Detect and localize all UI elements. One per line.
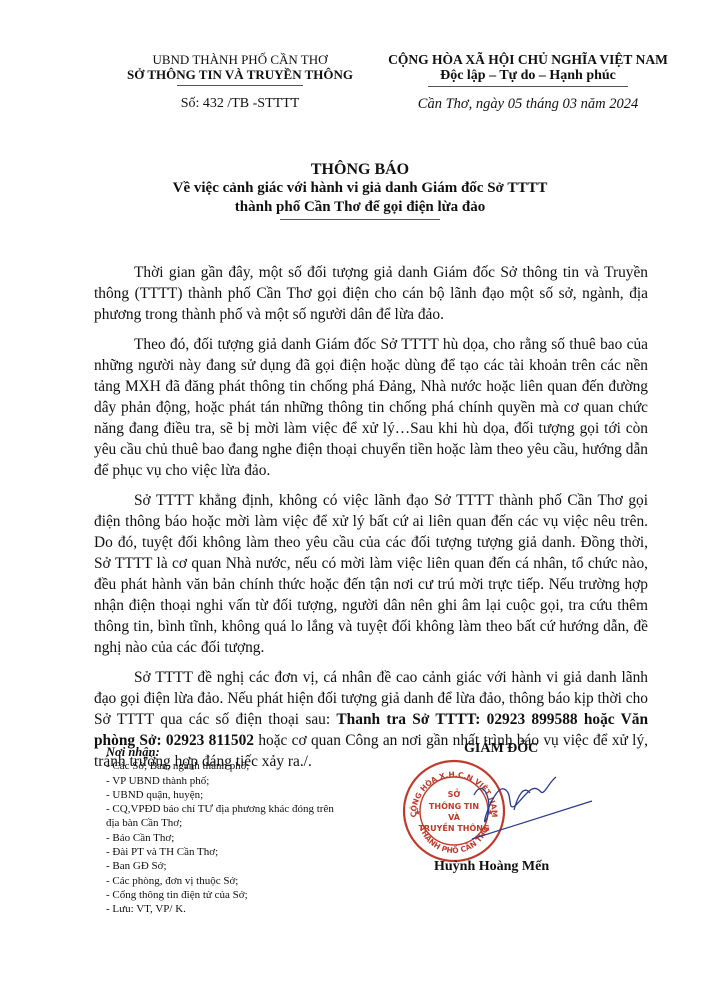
authority-name: UBND THÀNH PHỐ CẦN THƠ bbox=[104, 52, 376, 67]
recipient-item: - VP UBND thành phố; bbox=[106, 774, 346, 788]
recipient-item: - UBND quận, huyện; bbox=[106, 788, 346, 802]
title-subject-line-2: thành phố Cần Thơ để gọi điện lừa đảo bbox=[100, 198, 620, 217]
recipient-item: - Báo Cần Thơ; bbox=[106, 831, 346, 845]
nation-title: CỘNG HÒA XÃ HỘI CHỦ NGHĨA VIỆT NAM bbox=[378, 52, 678, 68]
national-header: CỘNG HÒA XÃ HỘI CHỦ NGHĨA VIỆT NAM Độc l… bbox=[378, 52, 678, 112]
title-subject-line-1: Về việc cảnh giác với hành vi giả danh G… bbox=[100, 179, 620, 198]
recipient-item: - CQ,VPĐD báo chí TƯ địa phương khác đón… bbox=[106, 802, 346, 831]
agency-name: SỞ THÔNG TIN VÀ TRUYỀN THÔNG bbox=[104, 67, 376, 82]
recipient-item: - Cổng thông tin điện tử của Sở; bbox=[106, 888, 346, 902]
document-body: Thời gian gần đây, một số đối tượng giả … bbox=[94, 262, 648, 781]
signature-block: GIÁM ĐỐC CỘNG HÒA X.H.C.N VIỆT NAM THÀNH… bbox=[404, 741, 604, 891]
agency-underline bbox=[177, 85, 303, 86]
document-title: THÔNG BÁO Về việc cảnh giác với hành vi … bbox=[100, 160, 620, 220]
recipient-item: - Ban GĐ Sở; bbox=[106, 859, 346, 873]
recipient-item: - Lưu: VT, VP/ K. bbox=[106, 902, 346, 916]
paragraph-3: Sở TTTT khẳng định, không có việc lãnh đ… bbox=[94, 490, 648, 658]
title-underline bbox=[280, 219, 440, 220]
paragraph-2: Theo đó, đối tượng giả danh Giám đốc Sở … bbox=[94, 334, 648, 481]
recipient-item: - Đài PT và TH Cần Thơ; bbox=[106, 845, 346, 859]
document-date: Cần Thơ, ngày 05 tháng 03 năm 2024 bbox=[378, 96, 678, 112]
handwritten-signature-icon bbox=[444, 765, 594, 845]
signer-role: GIÁM ĐỐC bbox=[464, 741, 538, 757]
document-number: Số: 432 /TB -STTTT bbox=[104, 96, 376, 111]
signer-name: Huỳnh Hoàng Mến bbox=[434, 859, 549, 875]
title-main: THÔNG BÁO bbox=[100, 160, 620, 179]
paragraph-1: Thời gian gần đây, một số đối tượng giả … bbox=[94, 262, 648, 325]
svg-text:★: ★ bbox=[414, 808, 421, 817]
national-motto: Độc lập – Tự do – Hạnh phúc bbox=[378, 68, 678, 84]
recipient-item: - Các phòng, đơn vị thuộc Sở; bbox=[106, 874, 346, 888]
recipients-list: Nơi nhận: - Các Sở, Ban, ngành thành phố… bbox=[106, 745, 346, 917]
issuing-agency-header: UBND THÀNH PHỐ CẦN THƠ SỞ THÔNG TIN VÀ T… bbox=[104, 52, 376, 111]
recipients-heading: Nơi nhận: bbox=[106, 745, 346, 759]
recipient-item: - Các Sở, Ban, ngành thành phố; bbox=[106, 759, 346, 773]
motto-underline bbox=[428, 86, 628, 87]
